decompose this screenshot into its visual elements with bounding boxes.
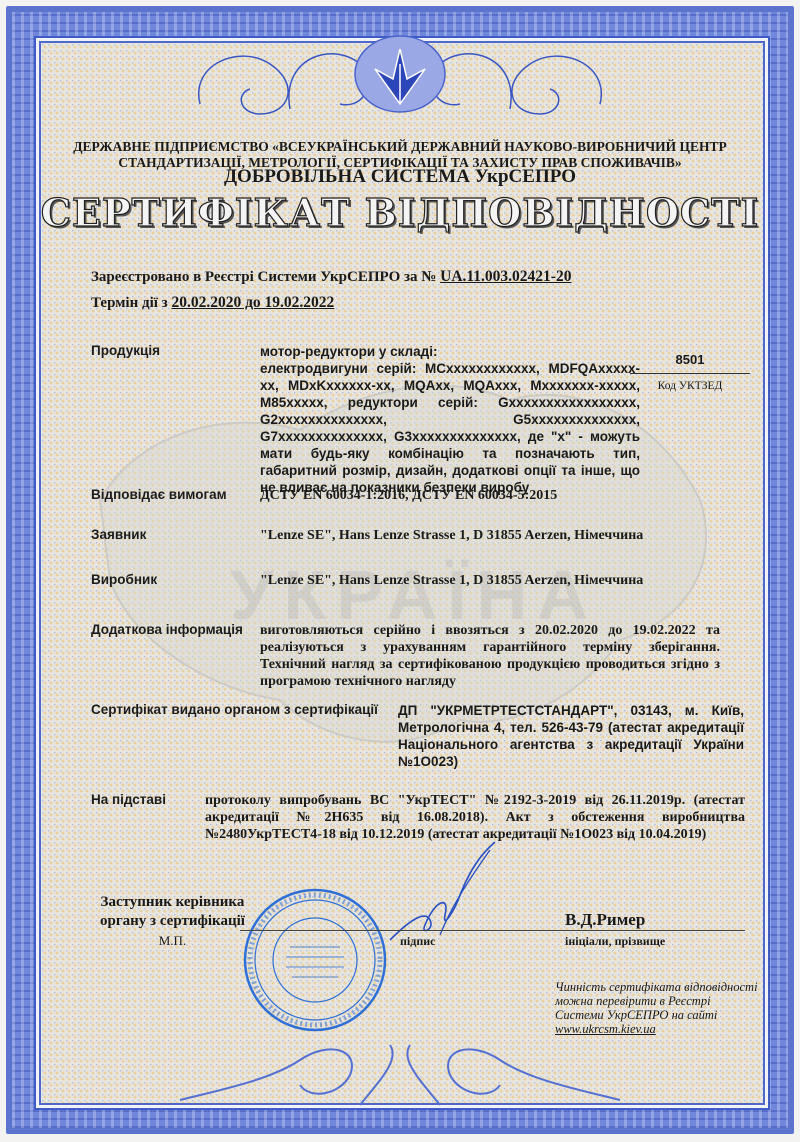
verification-url-link[interactable]: www.ukrcsm.kiev.ua	[555, 1022, 758, 1036]
registration-label: Зареєстровано в Реєстрі Системи УкрСЕПРО…	[91, 269, 436, 285]
manufacturer-value: "Lenze SE", Hans Lenze Strasse 1, D 3185…	[260, 572, 730, 589]
issued-by-value: ДП "УКРМЕТРТЕСТСТАНДАРТ", 03143, м. Київ…	[398, 702, 744, 770]
applicant-value: "Lenze SE", Hans Lenze Strasse 1, D 3185…	[260, 527, 730, 544]
issued-by-label: Сертифікат видано органом з сертифікації	[91, 702, 378, 717]
applicant-label: Заявник	[91, 527, 146, 542]
official-seal-stamp	[240, 885, 390, 1035]
verification-line-1: Чинність сертифіката відповідності	[555, 980, 758, 994]
certification-system: ДОБРОВІЛЬНА СИСТЕМА УкрСЕПРО	[0, 166, 800, 188]
requirements-value: ДСТУ EN 60034-1:2016, ДСТУ EN 60034-5:20…	[260, 487, 700, 504]
requirements-label: Відповідає вимогам	[91, 487, 227, 502]
signature-line	[240, 930, 745, 931]
verification-line-2: можна перевірити в Реєстрі	[555, 994, 758, 1008]
product-label: Продукція	[91, 343, 160, 358]
uktzed-code-label: Код УКТЗЕД	[630, 380, 750, 392]
registration-number: UA.11.003.02421-20	[440, 268, 571, 285]
basis-value: протоколу випробувань ВС "УкрТЕСТ" №2192…	[205, 792, 745, 843]
validity-period: 20.02.2020 до 19.02.2022	[171, 294, 334, 311]
signature-caption: підпис	[400, 934, 435, 949]
manufacturer-label: Виробник	[91, 572, 157, 587]
top-ornament	[180, 34, 620, 124]
additional-info-label: Додаткова інформація	[91, 622, 243, 637]
signatory-position: Заступник керівника органу з сертифікаці…	[100, 893, 245, 950]
signer-caption: ініціали, прізвище	[565, 934, 665, 949]
org-name-line-1: ДЕРЖАВНЕ ПІДПРИЄМСТВО «ВСЕУКРАЇНСЬКИЙ ДЕ…	[0, 138, 800, 155]
uktzed-code: 8501	[630, 352, 750, 367]
verification-note: Чинність сертифіката відповідності можна…	[555, 980, 758, 1036]
verification-line-3: Системи УкрСЕПРО на сайті	[555, 1008, 758, 1022]
product-heading: мотор-редуктори у складі:	[260, 343, 640, 360]
registration-line: Зареєстровано в Реєстрі Системи УкрСЕПРО…	[91, 268, 571, 286]
uktzed-code-box: 8501 Код УКТЗЕД	[630, 352, 750, 392]
validity-label: Термін дії з	[91, 295, 168, 311]
bottom-ornament	[160, 1040, 640, 1110]
handwritten-signature	[380, 840, 500, 950]
additional-info-value: виготовляються серійно і ввозяться з 20.…	[260, 622, 720, 690]
product-details: електродвигуни серій: MCxxxxxxxxxxxx, MD…	[260, 360, 640, 496]
signer-name: В.Д.Ример	[565, 910, 645, 930]
signatory-position-line-2: органу з сертифікації	[100, 912, 245, 931]
code-divider	[630, 373, 750, 374]
product-value: мотор-редуктори у складі: електродвигуни…	[260, 343, 640, 496]
signatory-position-line-1: Заступник керівника	[100, 893, 245, 912]
validity-line: Термін дії з 20.02.2020 до 19.02.2022	[91, 294, 334, 312]
certificate-title: СЕРТИФІКАТ ВІДПОВІДНОСТІ	[0, 190, 800, 235]
basis-label: На підставі	[91, 792, 166, 807]
seal-mark: М.П.	[100, 931, 245, 950]
